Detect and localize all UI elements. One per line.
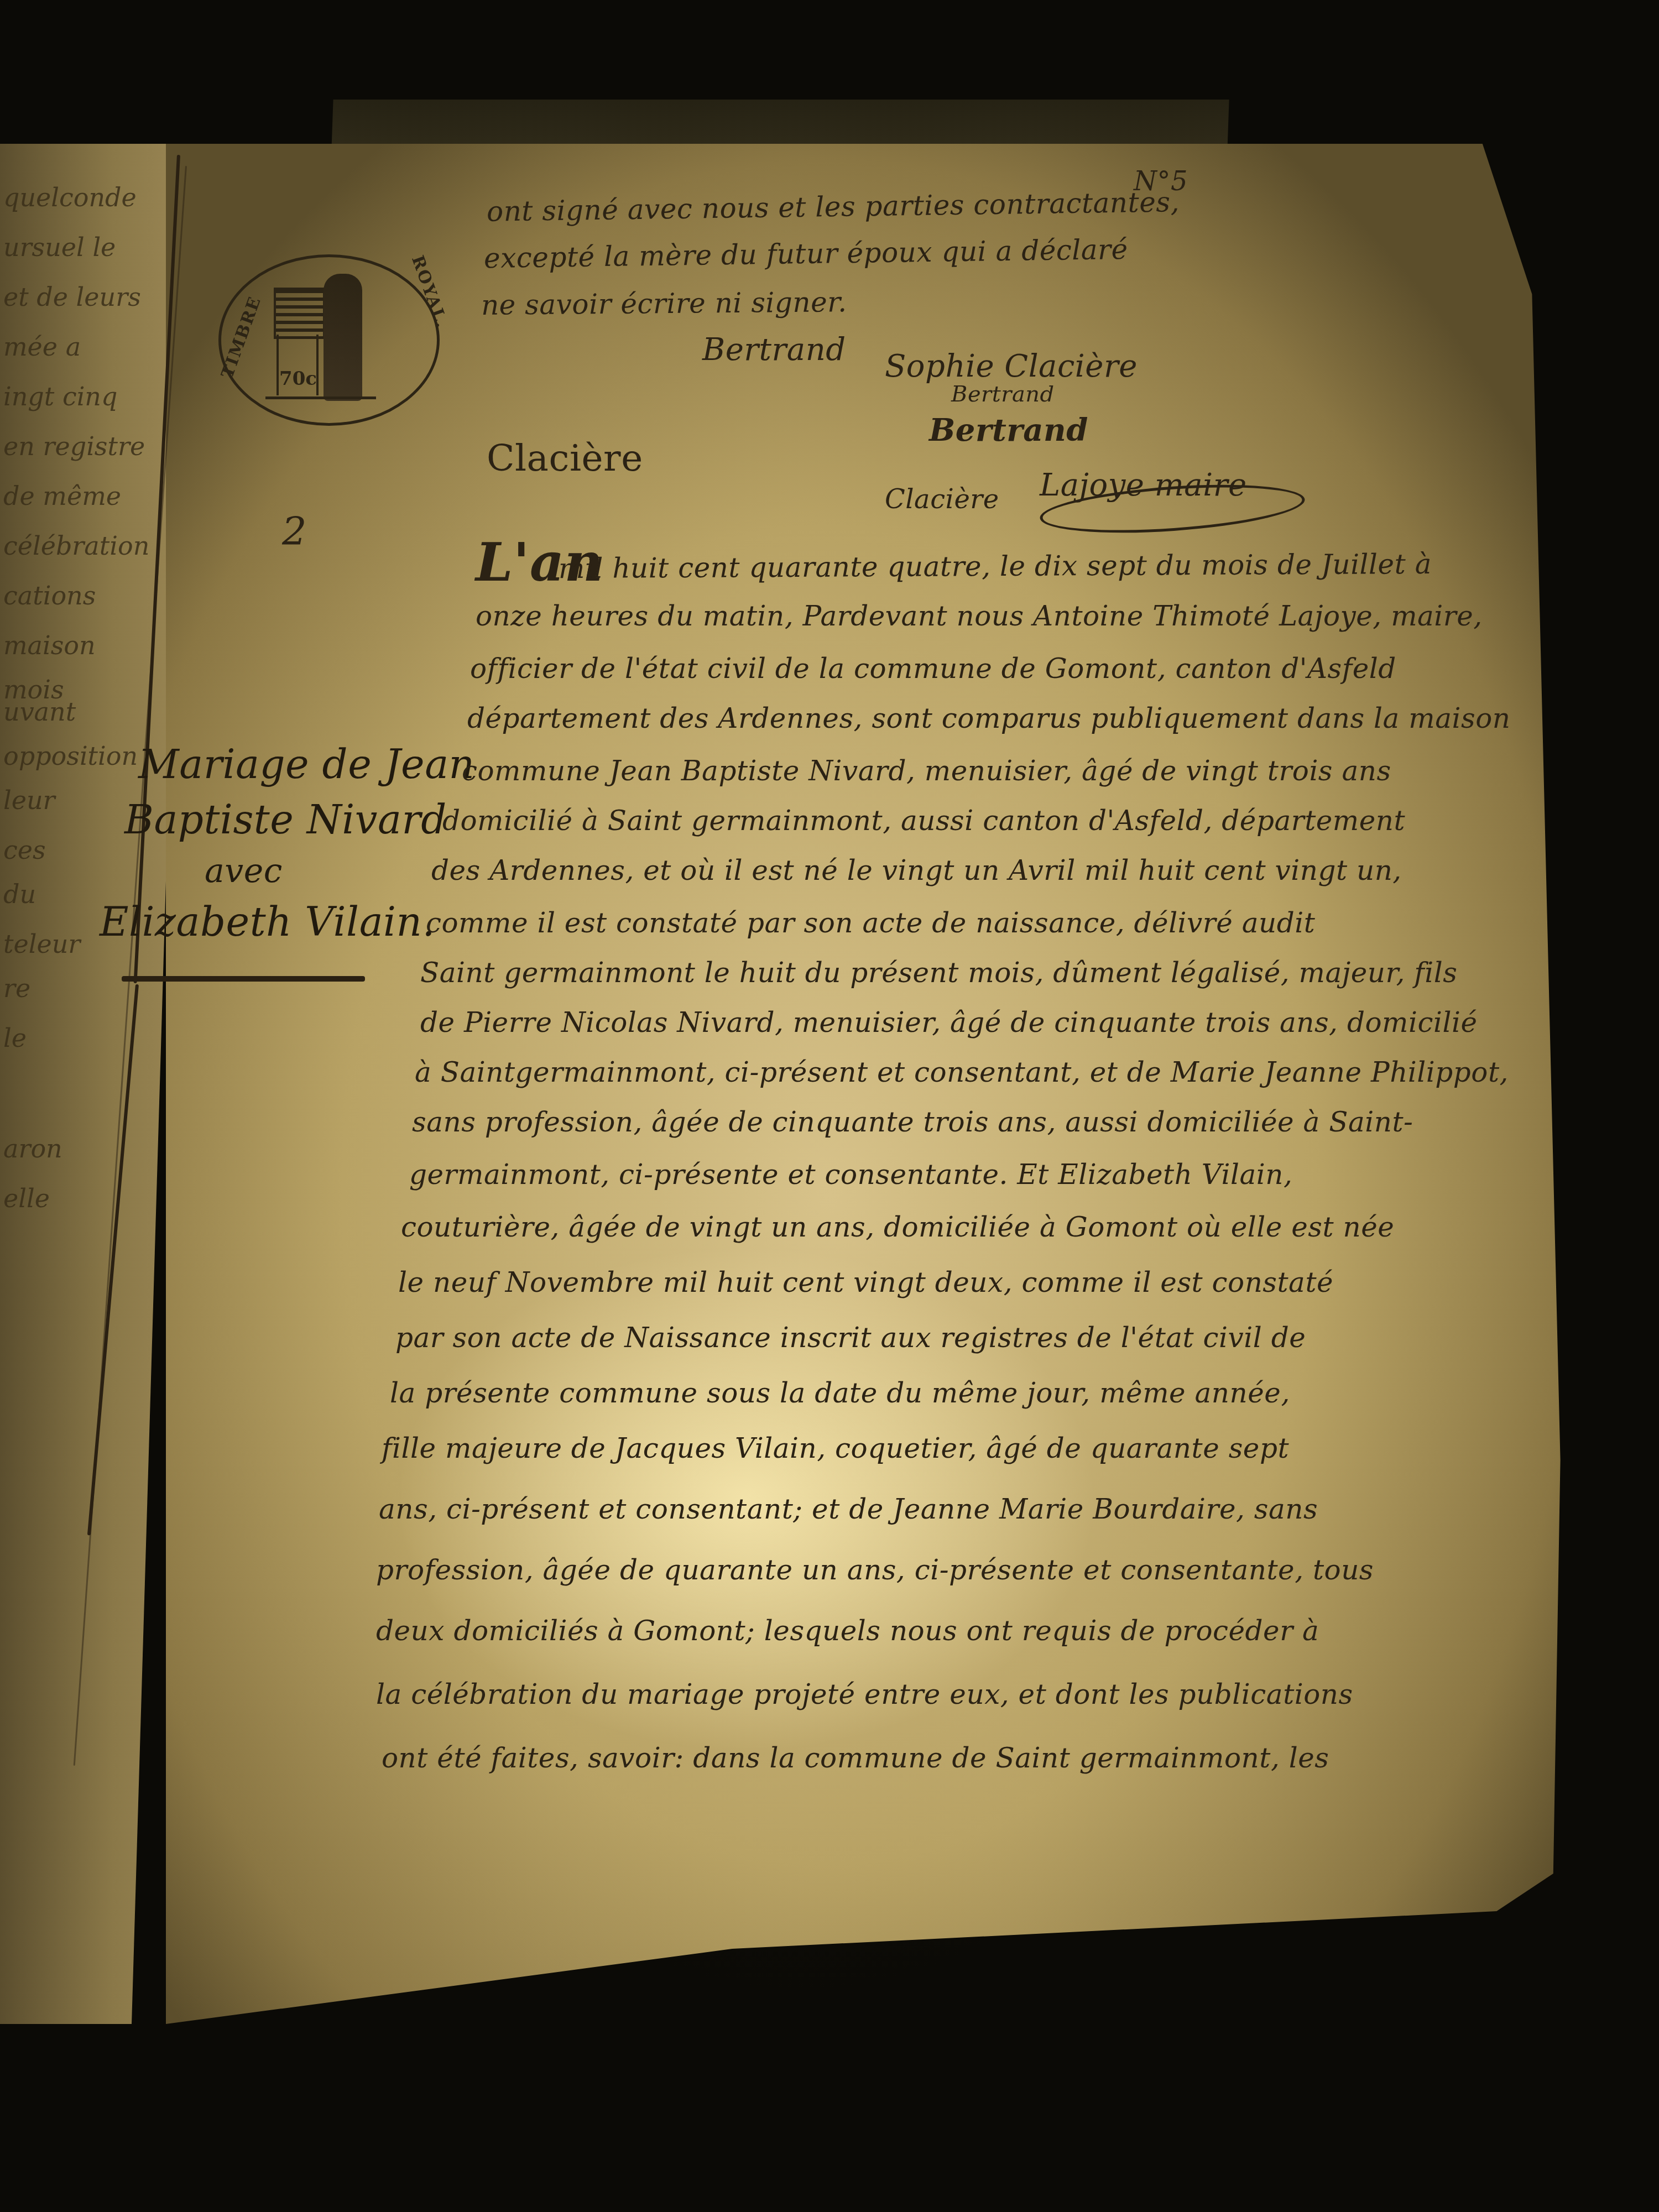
body-line: des Ardennes, et où il est né le vingt u… [431, 854, 1402, 886]
left-page-fragment: en registre [3, 431, 145, 461]
left-page-fragment: célébration [3, 531, 149, 561]
body-line: à Saintgermainmont, ci-présent et consen… [415, 1056, 1509, 1088]
left-page-fragment: quelconde [3, 182, 137, 212]
signature: Bertrand [951, 382, 1055, 407]
margin-title-line: Mariage de Jean [138, 741, 474, 787]
left-page-fragment: ursuel le [3, 232, 116, 262]
body-line: germainmont, ci-présente et consentante.… [409, 1159, 1292, 1191]
left-page-fragment: du [3, 879, 36, 909]
signature: Bertrand [702, 332, 846, 368]
signature: Clacière [487, 437, 643, 479]
margin-title-line: Elizabeth Vilain. [100, 899, 435, 945]
left-page-fragment: opposition [3, 741, 138, 771]
body-line: la célébration du mariage projeté entre … [376, 1678, 1353, 1710]
left-page-fragment: teleur [3, 929, 80, 959]
body-line: deux domiciliés à Gomont; lesquels nous … [376, 1615, 1319, 1647]
body-line: fille majeure de Jacques Vilain, coqueti… [382, 1432, 1289, 1464]
body-line: le neuf Novembre mil huit cent vingt deu… [398, 1266, 1333, 1298]
stamp-figure-icon [324, 274, 362, 401]
body-line: sans profession, âgée de cinquante trois… [412, 1106, 1413, 1138]
left-page-fragment: leur [3, 785, 55, 815]
previous-act-line: ne savoir écrire ni signer. [481, 286, 847, 321]
stamp-base-icon [265, 397, 376, 399]
left-page-fragment: et de leurs [3, 282, 141, 312]
body-line: la présente commune sous la date du même… [390, 1377, 1290, 1409]
margin-title-underline [122, 976, 365, 982]
body-line: domicilié à Saint germainmont, aussi can… [442, 805, 1405, 837]
body-line: département des Ardennes, sont comparus … [467, 702, 1510, 734]
body-line: officier de l'état civil de la commune d… [470, 653, 1396, 685]
left-page-fragment: ingt cinq [3, 382, 117, 411]
body-line: ans, ci-présent et consentant; et de Jea… [379, 1493, 1318, 1525]
left-page-fragment: maison [3, 630, 96, 660]
left-page-fragment: ces [3, 835, 46, 865]
act-number: 2 [282, 509, 307, 554]
left-page-fragment: aron [3, 1134, 62, 1164]
left-page-fragment: de même [3, 481, 121, 511]
body-line: mil huit cent quarante quatre, le dix se… [559, 548, 1432, 585]
body-line: couturière, âgée de vingt un ans, domici… [401, 1211, 1394, 1243]
left-page-fragment: uvant [3, 697, 76, 727]
folio-mark: N°5 [1134, 166, 1188, 197]
signature: Bertrand [929, 412, 1088, 448]
left-page-fragment: re [3, 973, 30, 1003]
body-line: Saint germainmont le huit du présent moi… [420, 957, 1457, 989]
stamp-tablet-icon [274, 288, 325, 339]
signature: Clacière [885, 484, 999, 515]
body-line: par son acte de Naissance inscrit aux re… [395, 1322, 1306, 1354]
body-line: ont été faites, savoir: dans la commune … [382, 1742, 1329, 1774]
body-line: de Pierre Nicolas Nivard, menuisier, âgé… [420, 1006, 1478, 1039]
body-line: profession, âgée de quarante un ans, ci-… [376, 1554, 1374, 1586]
body-line: comme il est constaté par son acte de na… [426, 907, 1315, 939]
body-line: commune Jean Baptiste Nivard, menuisier,… [462, 755, 1391, 787]
margin-title-line: Baptiste Nivard [124, 796, 447, 843]
royal-stamp-icon: TIMBRE ROYAL. 70c [218, 254, 440, 426]
left-page-fragment: cations [3, 581, 96, 611]
stamp-stand-icon [276, 335, 279, 395]
left-page-fragment: mée a [3, 332, 81, 362]
left-page-fragment: elle [3, 1183, 50, 1213]
stamp-value: 70c [279, 368, 317, 390]
margin-title-line: avec [205, 852, 283, 890]
signature: Sophie Clacière [885, 348, 1138, 384]
left-page-fragment: le [3, 1023, 27, 1053]
body-line: onze heures du matin, Pardevant nous Ant… [476, 600, 1483, 632]
